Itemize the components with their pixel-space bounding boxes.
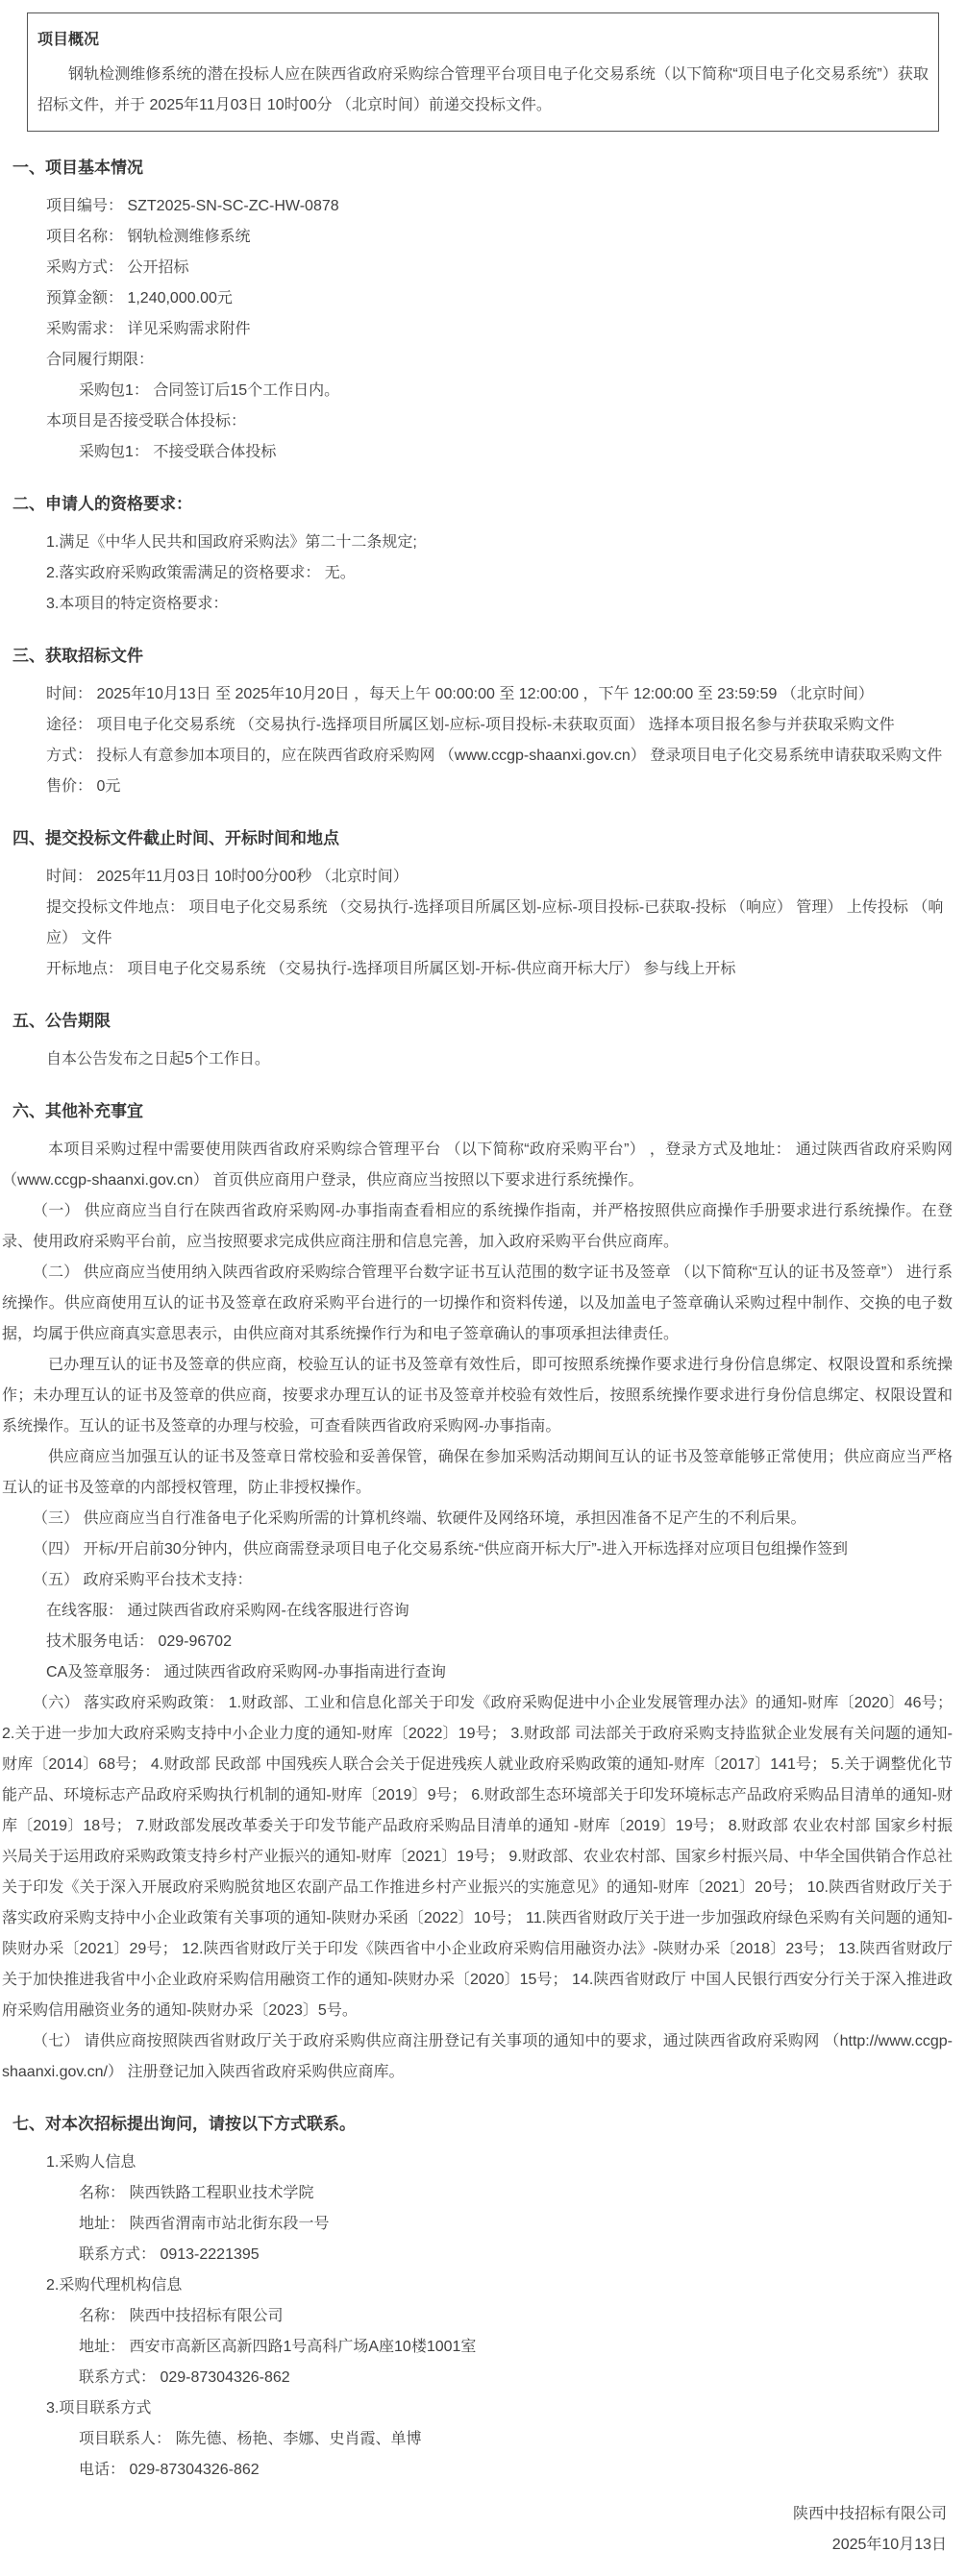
- doc-line: 联系方式： 0913-2221395: [2, 2240, 953, 2270]
- doc-line: 地址： 西安市高新区高新四路1号高科广场A座10楼1001室: [2, 2332, 953, 2363]
- doc-line: 售价： 0元: [2, 772, 953, 802]
- doc-line: 地址： 陕西省渭南市站北街东段一号: [2, 2209, 953, 2240]
- doc-line: 采购包1： 合同签订后15个工作日内。: [2, 376, 953, 406]
- doc-line: 途径： 项目电子化交易系统 （交易执行-选择项目所属区划-应标-项目投标-未获取…: [2, 710, 953, 741]
- doc-line: （五） 政府采购平台技术支持：: [2, 1565, 953, 1596]
- section-heading: 三、获取招标文件: [2, 645, 953, 668]
- doc-line: 项目名称： 钢轨检测维修系统: [2, 222, 953, 253]
- doc-line: 技术服务电话： 029-96702: [2, 1627, 953, 1657]
- doc-line: （六） 落实政府采购政策： 1.财政部、工业和信息化部关于印发《政府采购促进中小…: [2, 1688, 953, 2026]
- doc-line: 项目编号： SZT2025-SN-SC-ZC-HW-0878: [2, 191, 953, 222]
- doc-line: （一） 供应商应当自行在陕西省政府采购网-办事指南查看相应的系统操作指南，并严格…: [2, 1196, 953, 1258]
- footer-agency-name: 陕西中技招标有限公司: [2, 2499, 947, 2530]
- section-heading: 五、公告期限: [2, 1010, 953, 1033]
- doc-line: 合同履行期限：: [2, 345, 953, 376]
- doc-line: 联系方式： 029-87304326-862: [2, 2363, 953, 2393]
- section-heading: 六、其他补充事宜: [2, 1100, 953, 1123]
- doc-line: 3.项目联系方式: [2, 2393, 953, 2424]
- section-heading: 七、对本次招标提出询问，请按以下方式联系。: [2, 2113, 953, 2136]
- announcement-page: 项目概况 钢轨检测维修系统的潜在投标人应在陕西省政府采购综合管理平台项目电子化交…: [0, 0, 966, 2576]
- doc-line: 供应商应当加强互认的证书及签章日常校验和妥善保管，确保在参加采购活动期间互认的证…: [2, 1442, 953, 1504]
- doc-line: 在线客服： 通过陕西省政府采购网-在线客服进行咨询: [2, 1596, 953, 1627]
- doc-line: （四） 开标/开启前30分钟内，供应商需登录项目电子化交易系统-“供应商开标大厅…: [2, 1534, 953, 1565]
- doc-line: 2.采购代理机构信息: [2, 2270, 953, 2301]
- doc-line: 本项目采购过程中需要使用陕西省政府采购综合管理平台 （以下简称“政府采购平台”）…: [2, 1135, 953, 1196]
- doc-line: 预算金额： 1,240,000.00元: [2, 283, 953, 314]
- document-footer: 陕西中技招标有限公司 2025年10月13日: [2, 2499, 953, 2561]
- doc-line: 采购方式： 公开招标: [2, 253, 953, 283]
- doc-line: 名称： 陕西铁路工程职业技术学院: [2, 2178, 953, 2209]
- doc-line: 本项目是否接受联合体投标：: [2, 406, 953, 437]
- doc-line: （二） 供应商应当使用纳入陕西省政府采购综合管理平台数字证书互认范围的数字证书及…: [2, 1258, 953, 1350]
- doc-line: 采购需求： 详见采购需求附件: [2, 314, 953, 345]
- overview-text: 钢轨检测维修系统的潜在投标人应在陕西省政府采购综合管理平台项目电子化交易系统（以…: [37, 60, 929, 121]
- doc-line: （七） 请供应商按照陕西省财政厅关于政府采购供应商注册登记有关事项的通知中的要求…: [2, 2026, 953, 2088]
- doc-line: 方式： 投标人有意参加本项目的，应在陕西省政府采购网 （www.ccgp-sha…: [2, 741, 953, 772]
- doc-line: 名称： 陕西中技招标有限公司: [2, 2301, 953, 2332]
- doc-line: （三） 供应商应当自行准备电子化采购所需的计算机终端、软硬件及网络环境，承担因准…: [2, 1504, 953, 1534]
- section-heading: 一、项目基本情况: [2, 157, 953, 180]
- overview-title: 项目概况: [37, 29, 929, 52]
- section-heading: 二、申请人的资格要求：: [2, 493, 953, 516]
- doc-line: 提交投标文件地点： 项目电子化交易系统 （交易执行-选择项目所属区划-应标-项目…: [2, 893, 953, 954]
- doc-line: CA及签章服务： 通过陕西省政府采购网-办事指南进行查询: [2, 1657, 953, 1688]
- doc-line: 项目联系人： 陈先德、杨艳、李娜、史肖霞、单博: [2, 2424, 953, 2455]
- doc-line: 时间： 2025年11月03日 10时00分00秒 （北京时间）: [2, 862, 953, 893]
- footer-date: 2025年10月13日: [2, 2530, 947, 2561]
- doc-line: 1.满足《中华人民共和国政府采购法》第二十二条规定;: [2, 527, 953, 558]
- doc-line: 自本公告发布之日起5个工作日。: [2, 1044, 953, 1075]
- doc-line: 1.采购人信息: [2, 2147, 953, 2178]
- document-body: 一、项目基本情况项目编号： SZT2025-SN-SC-ZC-HW-0878项目…: [2, 157, 953, 2486]
- doc-line: 开标地点： 项目电子化交易系统 （交易执行-选择项目所属区划-开标-供应商开标大…: [2, 954, 953, 985]
- project-overview-box: 项目概况 钢轨检测维修系统的潜在投标人应在陕西省政府采购综合管理平台项目电子化交…: [27, 12, 939, 132]
- doc-line: 3.本项目的特定资格要求：: [2, 589, 953, 620]
- section-heading: 四、提交投标文件截止时间、开标时间和地点: [2, 827, 953, 850]
- doc-line: 电话： 029-87304326-862: [2, 2455, 953, 2486]
- doc-line: 采购包1： 不接受联合体投标: [2, 437, 953, 468]
- doc-line: 已办理互认的证书及签章的供应商，校验互认的证书及签章有效性后，即可按照系统操作要…: [2, 1350, 953, 1442]
- doc-line: 时间： 2025年10月13日 至 2025年10月20日 ，每天上午 00:0…: [2, 679, 953, 710]
- doc-line: 2.落实政府采购政策需满足的资格要求： 无。: [2, 558, 953, 589]
